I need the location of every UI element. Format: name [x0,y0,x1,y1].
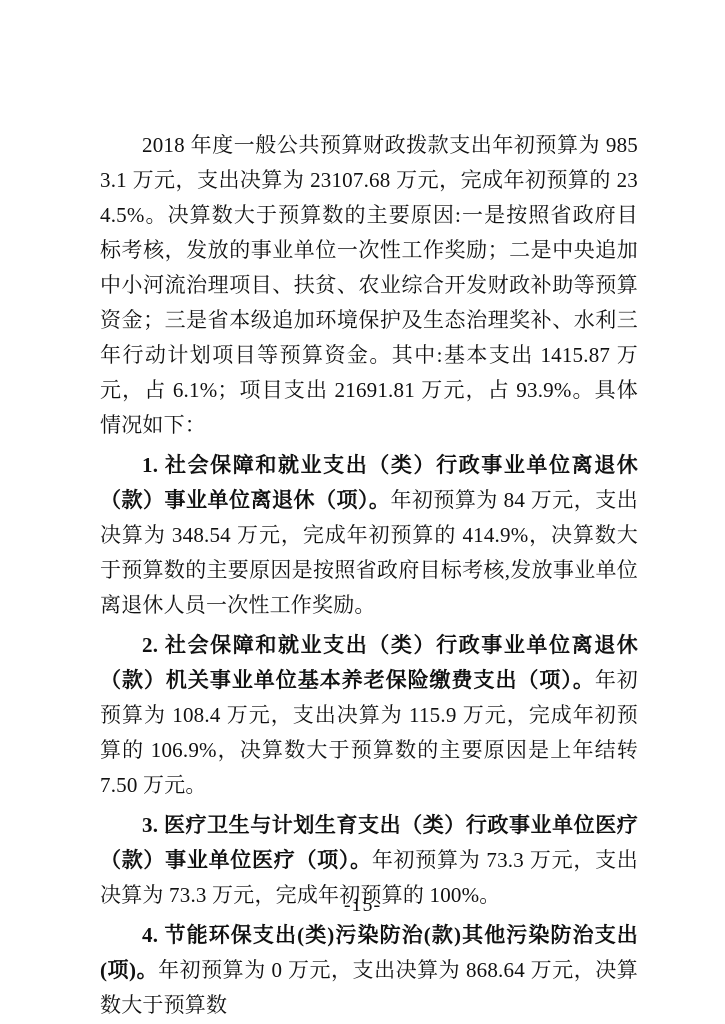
paragraph: 2018 年度一般公共预算财政拨款支出年初预算为 9853.1 万元，支出决算为… [100,128,638,443]
page-number: -15- [0,894,725,917]
paragraph-heading-text: 2. 社会保障和就业支出（类）行政事业单位离退休（款）机关事业单位基本养老保险缴… [100,633,638,692]
paragraph: 2. 社会保障和就业支出（类）行政事业单位离退休（款）机关事业单位基本养老保险缴… [100,628,638,803]
document-page: 2018 年度一般公共预算财政拨款支出年初预算为 9853.1 万元，支出决算为… [0,0,725,1024]
paragraph: 4. 节能环保支出(类)污染防治(款)其他污染防治支出(项)。年初预算为 0 万… [100,918,638,1023]
paragraph-body-text: 2018 年度一般公共预算财政拨款支出年初预算为 9853.1 万元，支出决算为… [100,133,638,437]
paragraph: 1. 社会保障和就业支出（类）行政事业单位离退休（款）事业单位离退休（项）。年初… [100,448,638,623]
document-content: 2018 年度一般公共预算财政拨款支出年初预算为 9853.1 万元，支出决算为… [100,128,638,1023]
paragraph-body-text: 年初预算为 0 万元，支出决算为 868.64 万元，决算数大于预算数 [100,958,638,1017]
